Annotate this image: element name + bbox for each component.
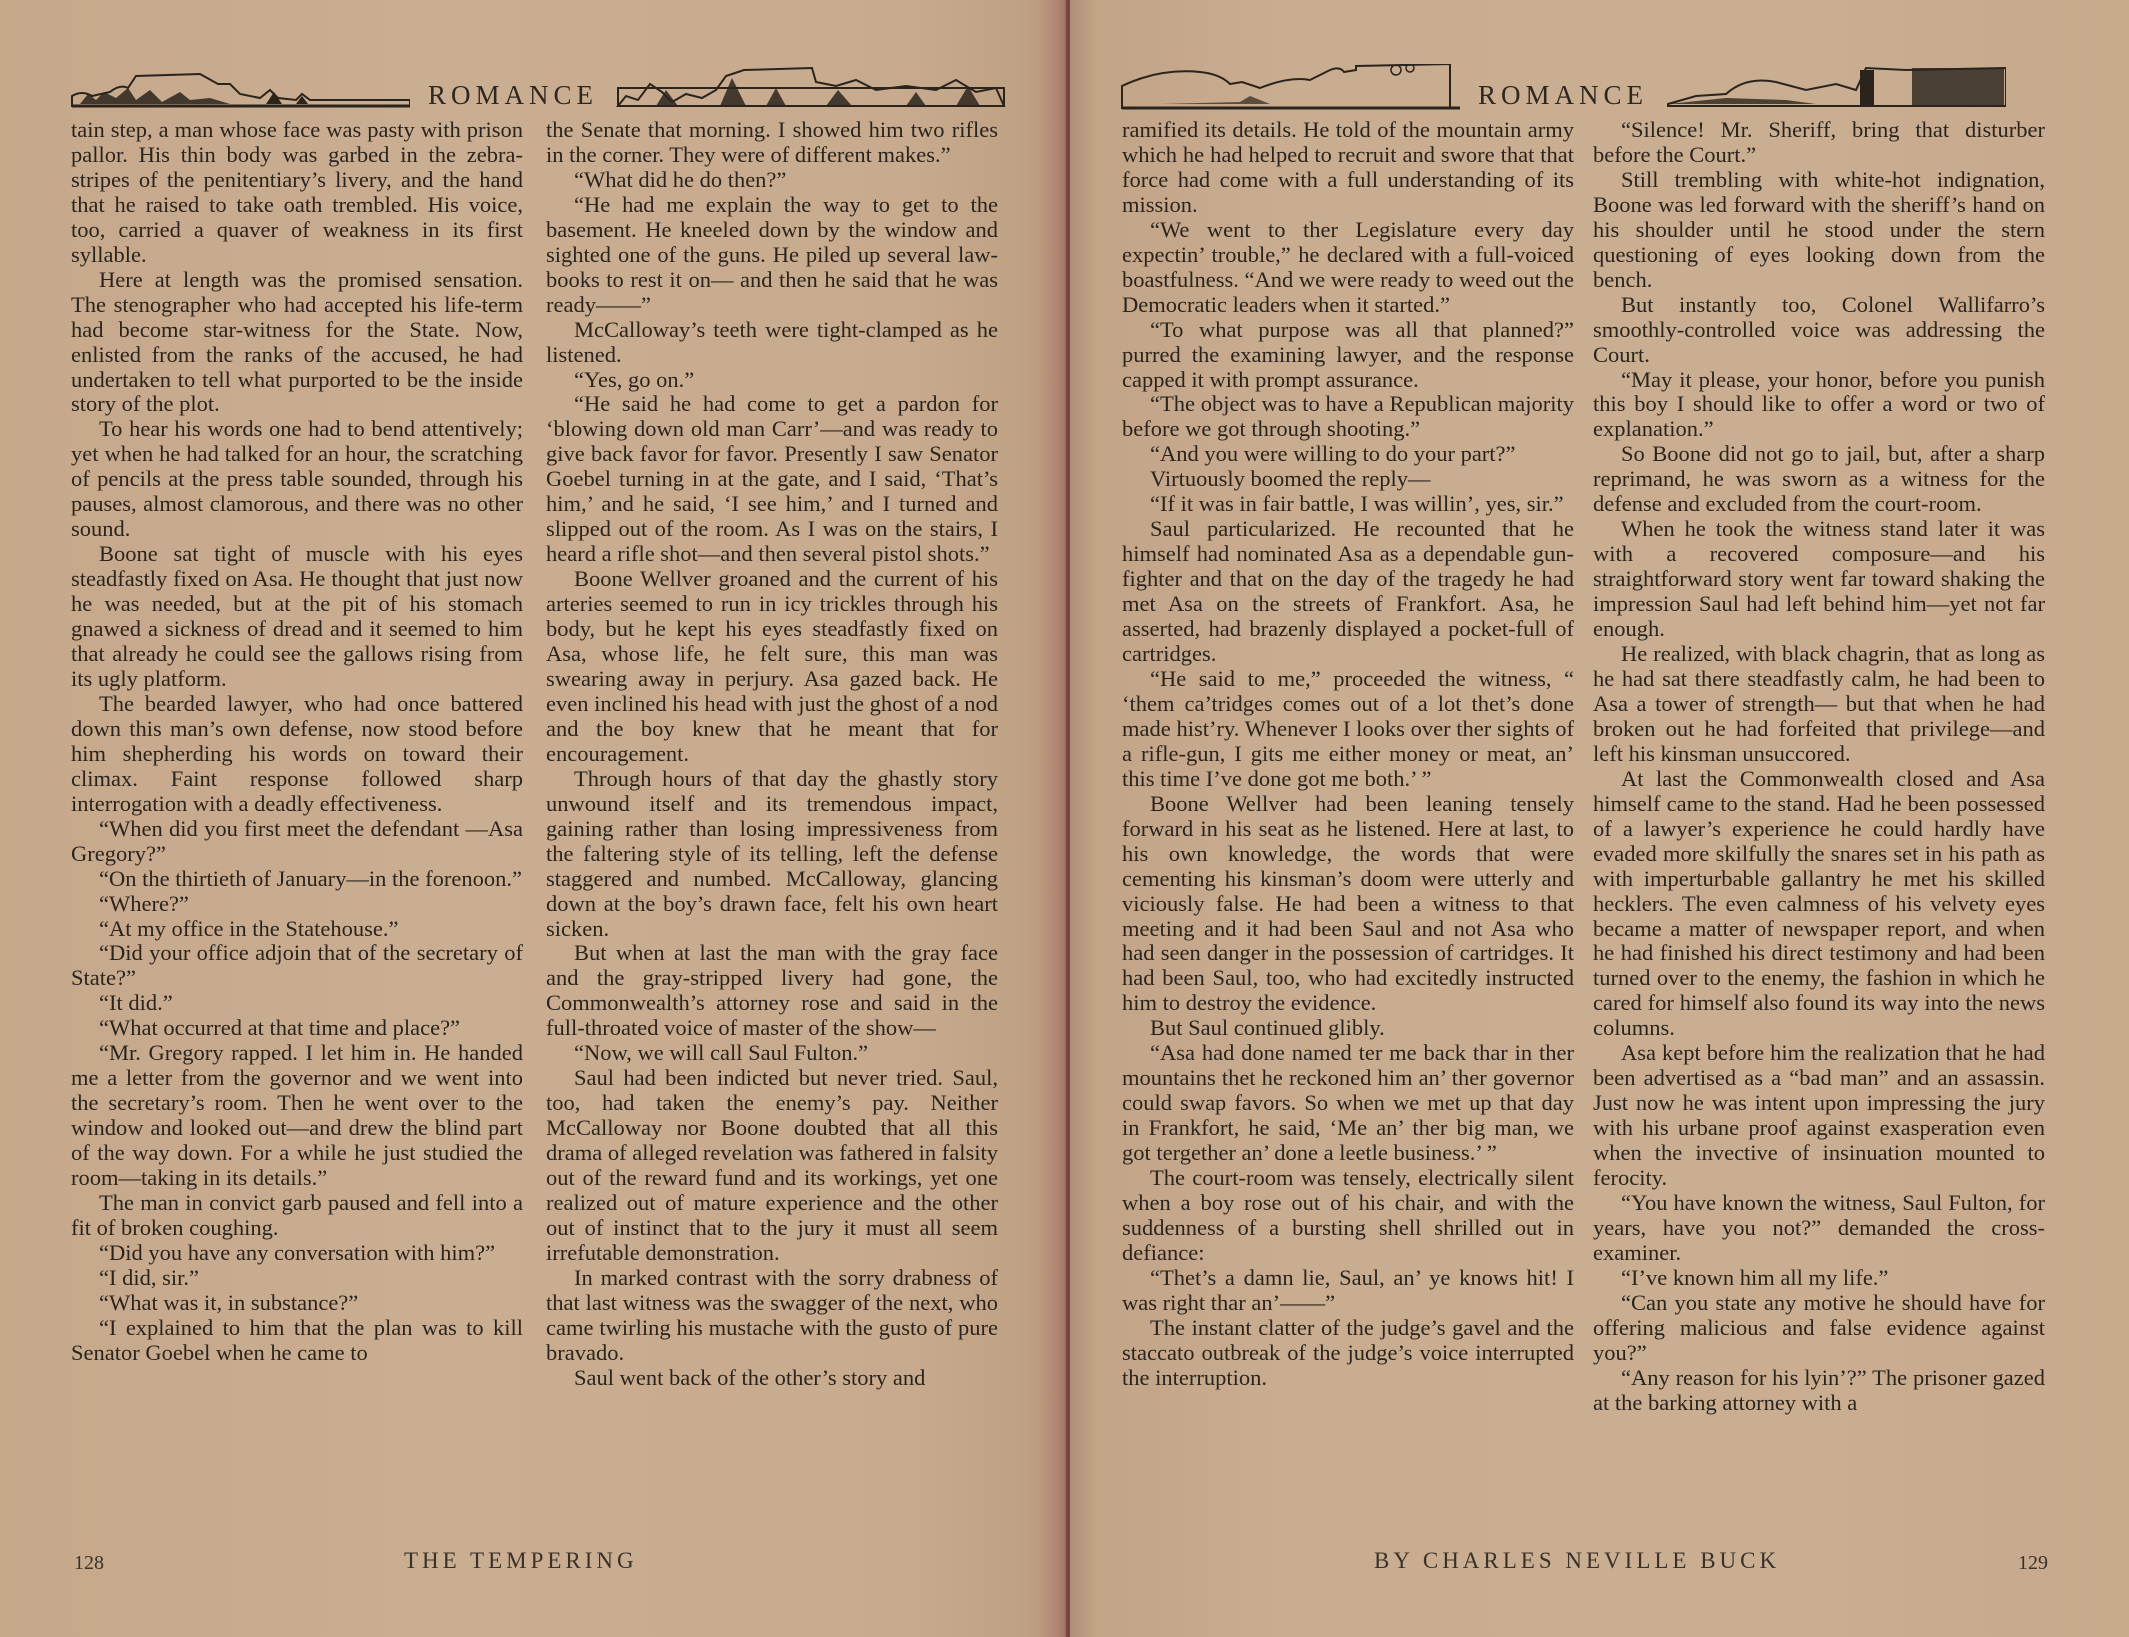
paragraph: The instant clatter of the judge’s gavel…: [1122, 1316, 1574, 1391]
right-running-footer: BY CHARLES NEVILLE BUCK: [1374, 1548, 1780, 1574]
paragraph: Saul went back of the other’s story and: [546, 1366, 998, 1391]
paragraph: But Saul continued glibly.: [1122, 1016, 1574, 1041]
landscape-ornament-icon: [1666, 64, 2006, 110]
paragraph: “At my office in the Statehouse.”: [71, 917, 523, 942]
paragraph: “He had me explain the way to get to the…: [546, 193, 998, 318]
paragraph: “I’ve known him all my life.”: [1593, 1266, 2045, 1291]
paragraph: “Did your office adjoin that of the secr…: [71, 941, 523, 991]
paragraph: “Thet’s a damn lie, Saul, an’ ye knows h…: [1122, 1266, 1574, 1316]
paragraph: When he took the witness stand later it …: [1593, 517, 2045, 642]
paragraph: Asa kept before him the realization that…: [1593, 1041, 2045, 1191]
paragraph: “We went to ther Legislature every day e…: [1122, 218, 1574, 318]
landscape-ornament-icon: [70, 70, 410, 110]
right-running-header: ROMANCE: [1120, 70, 2006, 110]
right-page-number: 129: [2018, 1552, 2048, 1575]
left-running-footer: THE TEMPERING: [404, 1548, 638, 1574]
paragraph: Through hours of that day the ghastly st…: [546, 767, 998, 942]
paragraph: tain step, a man whose face was pasty wi…: [71, 118, 523, 268]
paragraph: “To what purpose was all that planned?” …: [1122, 318, 1574, 393]
paragraph: “Silence! Mr. Sheriff, bring that distur…: [1593, 118, 2045, 168]
paragraph: “He said he had come to get a pardon for…: [546, 392, 998, 567]
paragraph: Saul had been indicted but never tried. …: [546, 1066, 998, 1266]
paragraph: The court-room was tensely, electrically…: [1122, 1166, 1574, 1266]
paragraph: Here at length was the promised sensatio…: [71, 268, 523, 418]
paragraph: In marked contrast with the sorry drabne…: [546, 1266, 998, 1366]
paragraph: “Asa had done named ter me back thar in …: [1122, 1041, 1574, 1166]
paragraph: “Any reason for his lyin’?” The prisoner…: [1593, 1366, 2045, 1416]
left-page-number: 128: [74, 1552, 104, 1575]
paragraph: McCalloway’s teeth were tight-clamped as…: [546, 318, 998, 368]
paragraph: “Where?”: [71, 892, 523, 917]
paragraph: The bearded lawyer, who had once battere…: [71, 692, 523, 817]
paragraph: But instantly too, Colonel Wallifarro’s …: [1593, 293, 2045, 368]
paragraph: He realized, with black chagrin, that as…: [1593, 642, 2045, 767]
landscape-ornament-icon: [1120, 64, 1460, 110]
paragraph: “What occurred at that time and place?”: [71, 1016, 523, 1041]
header-title: ROMANCE: [1460, 80, 1666, 110]
paragraph: “May it please, your honor, before you p…: [1593, 368, 2045, 443]
paragraph: “It did.”: [71, 991, 523, 1016]
left-running-header: ROMANCE: [70, 70, 1006, 110]
paragraph: To hear his words one had to bend attent…: [71, 417, 523, 542]
paragraph: “Mr. Gregory rapped. I let him in. He ha…: [71, 1041, 523, 1191]
paragraph: At last the Commonwealth closed and Asa …: [1593, 767, 2045, 1041]
paragraph: “Now, we will call Saul Fulton.”: [546, 1041, 998, 1066]
landscape-ornament-icon: [616, 66, 1006, 110]
left-page-column-1: tain step, a man whose face was pasty wi…: [71, 118, 523, 1366]
paragraph: Saul particularized. He recounted that h…: [1122, 517, 1574, 667]
paragraph: ramified its details. He told of the mou…: [1122, 118, 1574, 218]
paragraph: Boone Wellver had been leaning tensely f…: [1122, 792, 1574, 1017]
left-page-column-2: the Senate that morning. I showed him tw…: [546, 118, 998, 1391]
paragraph: “Did you have any conversation with him?…: [71, 1241, 523, 1266]
paragraph: Boone sat tight of muscle with his eyes …: [71, 542, 523, 692]
book-gutter-shadow: [1040, 0, 1066, 1637]
paragraph: “And you were willing to do your part?”: [1122, 442, 1574, 467]
book-spine-line: [1066, 0, 1070, 1637]
paragraph: But when at last the man with the gray f…: [546, 941, 998, 1041]
paragraph: “On the thirtieth of January—in the fore…: [71, 867, 523, 892]
paragraph: Boone Wellver groaned and the current of…: [546, 567, 998, 767]
right-page-column-2: “Silence! Mr. Sheriff, bring that distur…: [1593, 118, 2045, 1416]
header-title: ROMANCE: [410, 80, 616, 110]
paragraph: “I explained to him that the plan was to…: [71, 1316, 523, 1366]
paragraph: “He said to me,” proceeded the witness, …: [1122, 667, 1574, 792]
paragraph: The man in convict garb paused and fell …: [71, 1191, 523, 1241]
right-page-column-1: ramified its details. He told of the mou…: [1122, 118, 1574, 1391]
paragraph: “Can you state any motive he should have…: [1593, 1291, 2045, 1366]
paragraph: “If it was in fair battle, I was willin’…: [1122, 492, 1574, 517]
paragraph: So Boone did not go to jail, but, after …: [1593, 442, 2045, 517]
paragraph: “The object was to have a Republican maj…: [1122, 392, 1574, 442]
paragraph: the Senate that morning. I showed him tw…: [546, 118, 998, 168]
paragraph: Still trembling with white-hot indignati…: [1593, 168, 2045, 293]
paragraph: Virtuously boomed the reply—: [1122, 467, 1574, 492]
paragraph: “Yes, go on.”: [546, 368, 998, 393]
paragraph: “What was it, in substance?”: [71, 1291, 523, 1316]
paragraph: “I did, sir.”: [71, 1266, 523, 1291]
paragraph: “When did you first meet the defendant —…: [71, 817, 523, 867]
paragraph: “You have known the witness, Saul Fulton…: [1593, 1191, 2045, 1266]
paragraph: “What did he do then?”: [546, 168, 998, 193]
